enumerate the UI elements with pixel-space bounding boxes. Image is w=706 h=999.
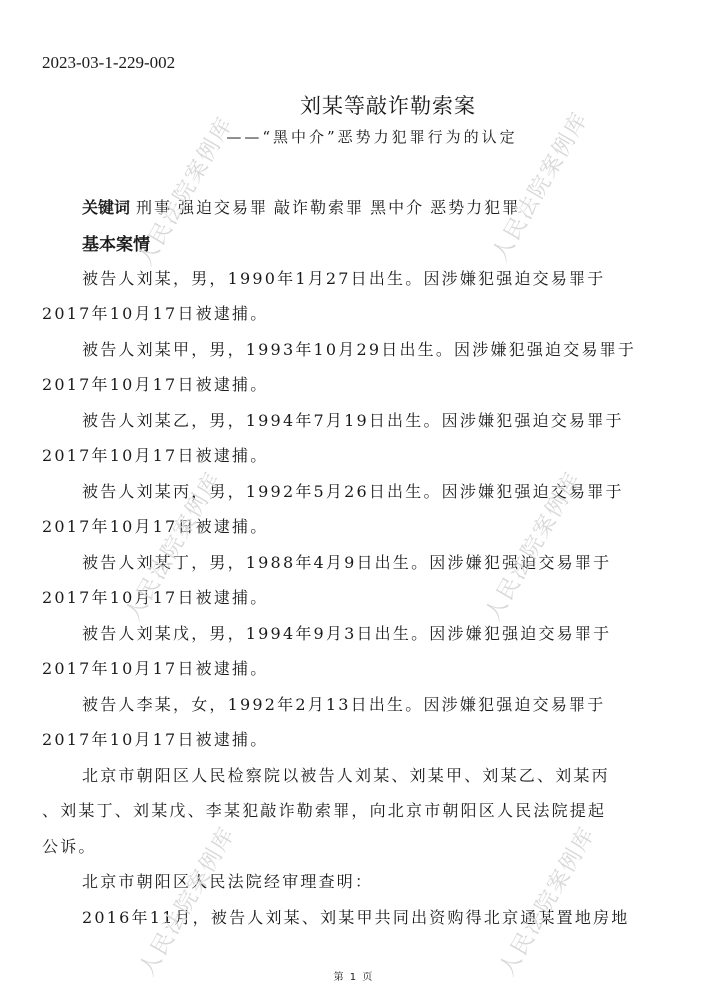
body-line: 被告人刘某乙，男，1994年7月19日出生。因涉嫌犯强迫交易罪于	[82, 408, 624, 431]
page-number: 第 1 页	[0, 968, 706, 983]
body-line: 2017年10月17日被逮捕。	[42, 443, 268, 466]
body-line: 被告人刘某戊，男，1994年9月3日出生。因涉嫌犯强迫交易罪于	[82, 621, 611, 644]
keyword: 黑中介	[370, 198, 424, 217]
body-line: 2017年10月17日被逮捕。	[42, 656, 268, 679]
body-line: 公诉。	[42, 834, 97, 857]
keyword: 恶势力犯罪	[430, 198, 520, 217]
section-heading: 基本案情	[82, 230, 150, 255]
keywords-label: 关键词	[82, 198, 130, 217]
body-line: 2016年11月，被告人刘某、刘某甲共同出资购得北京通某置地房地	[82, 905, 629, 928]
body-line: 北京市朝阳区人民法院经审理查明：	[82, 869, 373, 892]
document-title: 刘某等敲诈勒索案	[0, 90, 706, 120]
watermark: 人民法院案例库	[491, 820, 602, 981]
body-line: 被告人刘某，男，1990年1月27日出生。因涉嫌犯强迫交易罪于	[82, 266, 605, 289]
body-line: 2017年10月17日被逮捕。	[42, 372, 268, 395]
body-line: 2017年10月17日被逮捕。	[42, 727, 268, 750]
case-id: 2023-03-1-229-002	[42, 53, 175, 73]
body-line: 被告人刘某丁，男，1988年4月9日出生。因涉嫌犯强迫交易罪于	[82, 550, 611, 573]
body-line: 2017年10月17日被逮捕。	[42, 514, 268, 537]
keyword: 刑事	[136, 198, 172, 217]
keywords-line: 关键词刑事强迫交易罪敲诈勒索罪黑中介恶势力犯罪	[82, 195, 520, 218]
document-subtitle: ——“黑中介”恶势力犯罪行为的认定	[0, 126, 706, 147]
body-line: 被告人刘某丙，男，1992年5月26日出生。因涉嫌犯强迫交易罪于	[82, 479, 624, 502]
body-line: 北京市朝阳区人民检察院以被告人刘某、刘某甲、刘某乙、刘某丙	[82, 763, 610, 786]
watermark: 人民法院案例库	[131, 820, 242, 981]
body-line: 、刘某丁、刘某戊、李某犯敲诈勒索罪，向北京市朝阳区人民法院提起	[42, 798, 606, 821]
keyword: 敲诈勒索罪	[274, 198, 364, 217]
body-line: 2017年10月17日被逮捕。	[42, 301, 268, 324]
body-line: 被告人李某，女，1992年2月13日出生。因涉嫌犯强迫交易罪于	[82, 692, 605, 715]
keyword: 强迫交易罪	[178, 198, 268, 217]
body-line: 2017年10月17日被逮捕。	[42, 585, 268, 608]
body-line: 被告人刘某甲，男，1993年10月29日出生。因涉嫌犯强迫交易罪于	[82, 337, 636, 360]
